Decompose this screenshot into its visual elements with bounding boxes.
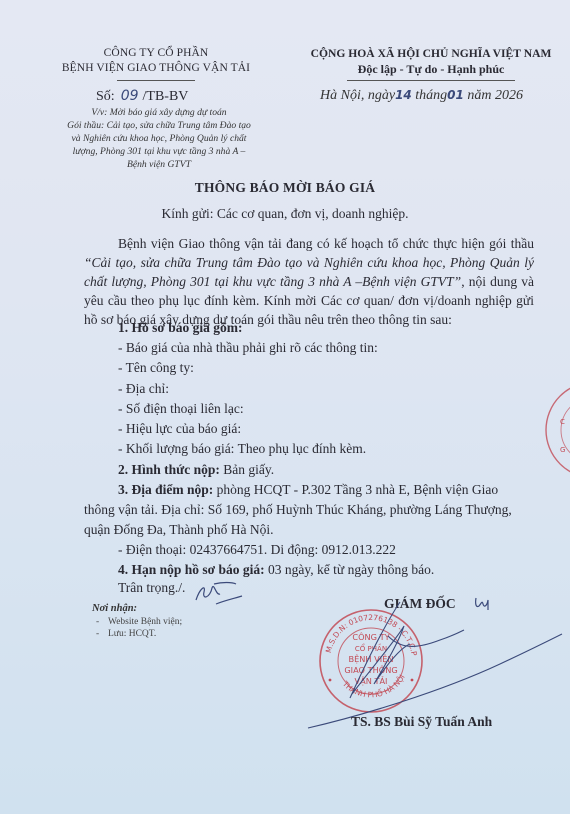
doc-number-prefix: Số: [96,89,115,104]
submission-details: 2. Hình thức nộp: Bản giấy. 3. Địa điểm … [84,460,540,580]
header-underline [117,80,195,81]
doc-number-suffix: /TB-BV [143,89,189,104]
section-1: 1. Hồ sơ báo giá gồm: - Báo giá của nhà … [118,318,378,459]
recipient-item: Lưu: HCQT. [92,628,182,640]
section-4-label: 4. Hạn nộp hồ sơ báo giá: [118,562,265,577]
recipient-item: Website Bệnh viện; [92,616,182,628]
partial-stamp-icon: C G [538,378,570,488]
list-item: - Báo giá của nhà thầu phải ghi rõ các t… [118,338,378,358]
intro-text: Bệnh viện Giao thông vận tải đang có kế … [118,236,534,251]
company-type: CÔNG TY CỔ PHẦN [56,46,256,61]
country-name: CỘNG HOÀ XÃ HỘI CHỦ NGHĨA VIỆT NAM [292,46,570,61]
section-3-label: 3. Địa điểm nộp: [118,482,213,497]
section-3-line: quận Đống Đa, Thành phố Hà Nội. [84,520,540,540]
subject-line: V/v: Mời báo giá xây dựng dự toán [66,106,252,119]
recipients-list: Website Bệnh viện; Lưu: HCQT. [92,616,182,640]
document-number: Số:09/TB-BV [96,88,188,105]
initial-signature-icon [192,578,252,608]
subject-line: và Nghiên cứu khoa học, Phòng Quản lý ch… [66,132,252,145]
subject-line: lượng, Phòng 301 tại khu vực tầng 3 nhà … [66,145,252,158]
list-item: - Số điện thoại liên lạc: [118,399,378,419]
list-item: - Hiệu lực của báo giá: [118,419,378,439]
subject-line: Bệnh viện GTVT [66,158,252,171]
section-4: 4. Hạn nộp hồ sơ báo giá: 03 ngày, kể từ… [84,560,540,580]
section-3-line: thông vận tải. Địa chỉ: Số 169, phố Huỳn… [84,500,540,520]
date-month-label: tháng [415,88,447,103]
date-year: năm 2026 [467,88,523,103]
company-header: CÔNG TY CỔ PHẦN BỆNH VIỆN GIAO THÔNG VẬN… [56,46,256,81]
subject-block: V/v: Mời báo giá xây dựng dự toán Gói th… [66,106,252,171]
greeting: Kính gửi: Các cơ quan, đơn vị, doanh ngh… [0,206,570,222]
list-item: - Tên công ty: [118,358,378,378]
date-day: 14 [395,88,412,102]
svg-text:G: G [560,446,565,454]
list-item: - Khối lượng báo giá: Theo phụ lục đính … [118,439,378,459]
doc-number-handwritten: 09 [121,88,139,104]
national-header: CỘNG HOÀ XÃ HỘI CHỦ NGHĨA VIỆT NAM Độc l… [292,46,570,81]
signer-name: TS. BS Bùi Sỹ Tuấn Anh [351,714,492,730]
list-item: - Địa chỉ: [118,379,378,399]
section-3: 3. Địa điểm nộp: phòng HCQT - P.302 Tầng… [84,480,540,500]
intro-paragraph: Bệnh viện Giao thông vận tải đang có kế … [84,234,534,329]
section-2-value: Bản giấy. [220,462,274,477]
section-1-heading: 1. Hồ sơ báo giá gồm: [118,318,378,338]
company-name: BỆNH VIỆN GIAO THÔNG VẬN TẢI [56,61,256,76]
section-3-line: phòng HCQT - P.302 Tầng 3 nhà E, Bệnh vi… [213,482,498,497]
document-date: Hà Nội, ngày14 tháng01 năm 2026 [320,88,523,104]
section-2-label: 2. Hình thức nộp: [118,462,220,477]
national-motto: Độc lập - Tự do - Hạnh phúc [292,61,570,77]
phone-info: - Điện thoại: 02437664751. Di động: 0912… [84,540,540,560]
closing: Trân trọng./. [118,580,185,596]
date-month: 01 [447,88,464,102]
svg-text:C: C [560,418,565,426]
section-4-value: 03 ngày, kể từ ngày thông báo. [265,562,435,577]
date-place: Hà Nội, ngày [320,88,395,103]
motto-underline [347,80,515,81]
subject-line: Gói thầu: Cải tạo, sửa chữa Trung tâm Đà… [66,119,252,132]
document-title: THÔNG BÁO MỜI BÁO GIÁ [0,180,570,196]
recipients-heading: Nơi nhận: [92,603,137,614]
section-2: 2. Hình thức nộp: Bản giấy. [84,460,540,480]
